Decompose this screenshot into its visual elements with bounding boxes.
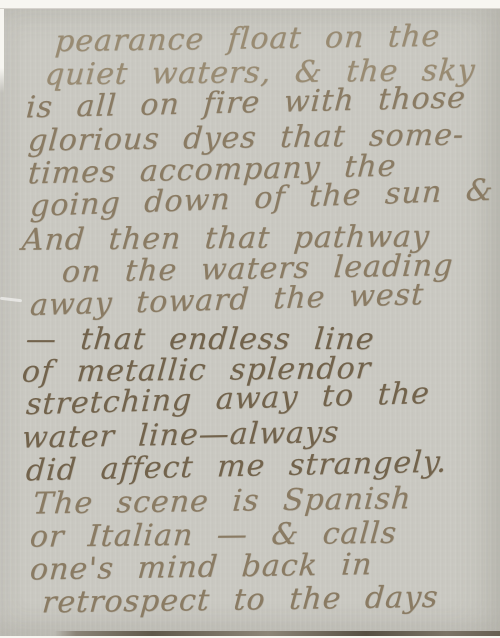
handwritten-text: pearance float on the quiet waters, & th… bbox=[0, 26, 500, 620]
handwritten-line: retrospect to the days bbox=[0, 580, 500, 620]
scan-top-border bbox=[0, 0, 500, 9]
letter-scan: pearance float on the quiet waters, & th… bbox=[0, 0, 500, 638]
handwritten-line: The scene is Spanish bbox=[0, 481, 500, 521]
